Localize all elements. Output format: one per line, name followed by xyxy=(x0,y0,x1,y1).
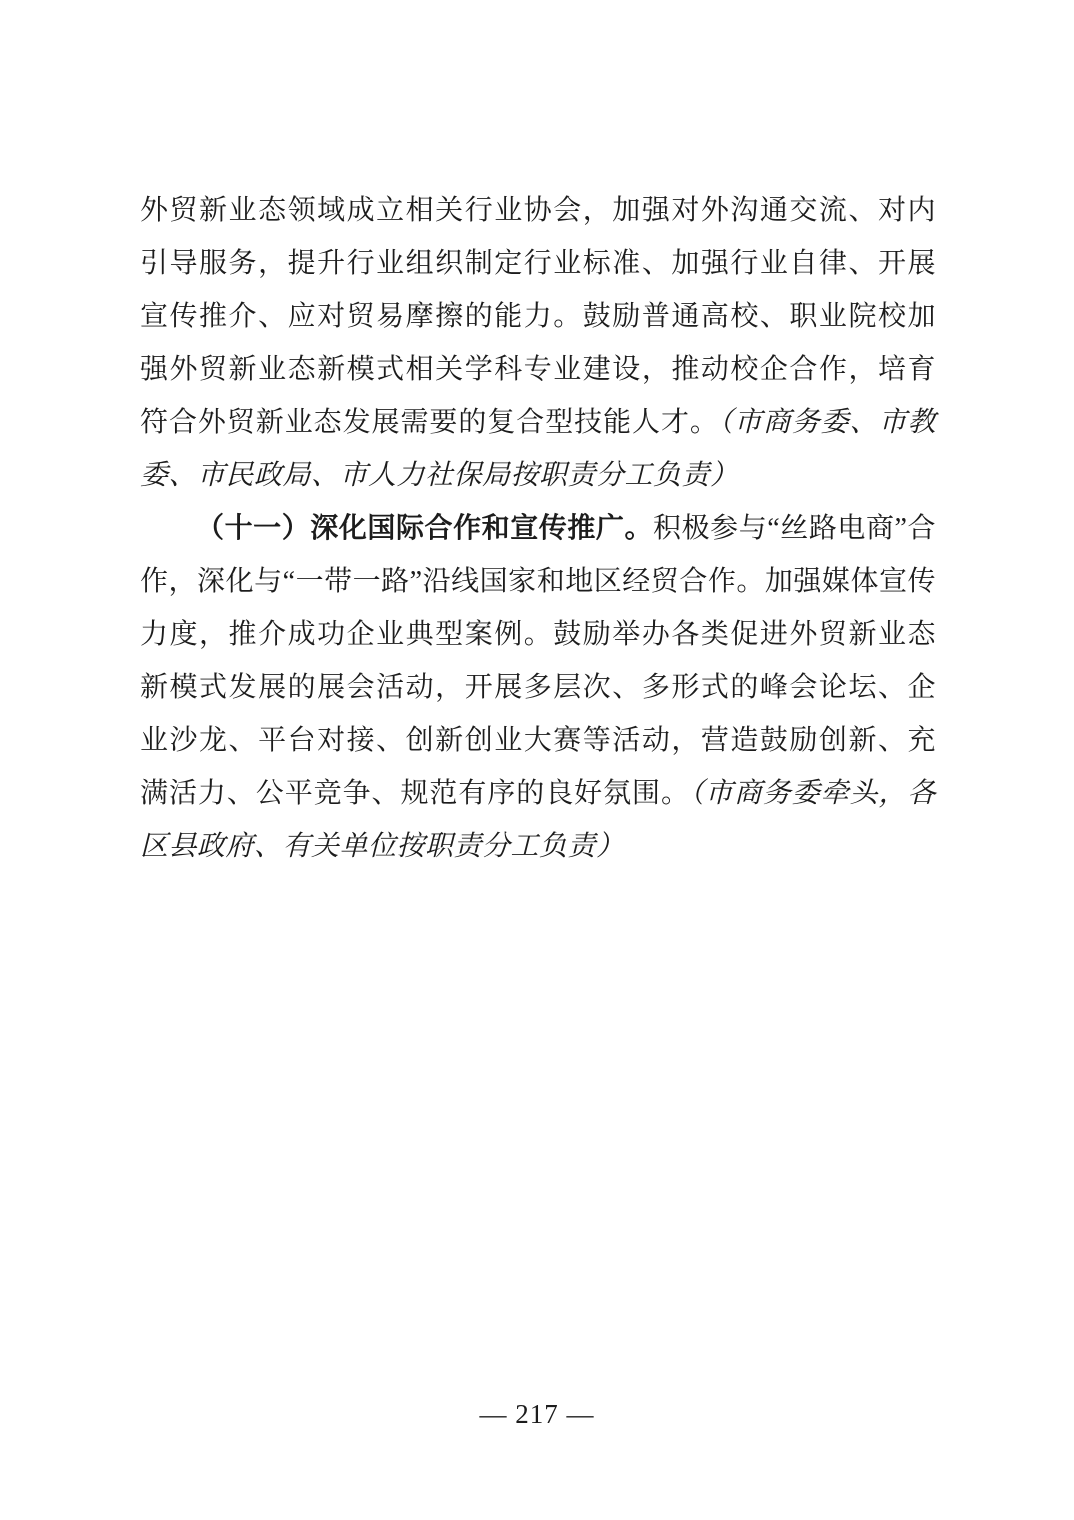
document-page: 外贸新业态领域成立相关行业协会，加强对外沟通交流、对内引导服务，提升行业组织制定… xyxy=(0,0,1074,1520)
document-body: 外贸新业态领域成立相关行业协会，加强对外沟通交流、对内引导服务，提升行业组织制定… xyxy=(140,184,936,873)
page-number: — 217 — xyxy=(480,1399,595,1429)
paragraph-section-11: （十一）深化国际合作和宣传推广。积极参与“丝路电商”合作，深化与“一带一路”沿线… xyxy=(140,502,936,873)
paragraph-text: 外贸新业态领域成立相关行业协会，加强对外沟通交流、对内引导服务，提升行业组织制定… xyxy=(140,195,936,438)
paragraph-continuation: 外贸新业态领域成立相关行业协会，加强对外沟通交流、对内引导服务，提升行业组织制定… xyxy=(140,184,936,502)
paragraph-text: 积极参与“丝路电商”合作，深化与“一带一路”沿线国家和地区经贸合作。加强媒体宣传… xyxy=(140,513,936,809)
page-footer: — 217 — xyxy=(0,1396,1074,1432)
section-heading: （十一）深化国际合作和宣传推广。 xyxy=(196,513,653,544)
